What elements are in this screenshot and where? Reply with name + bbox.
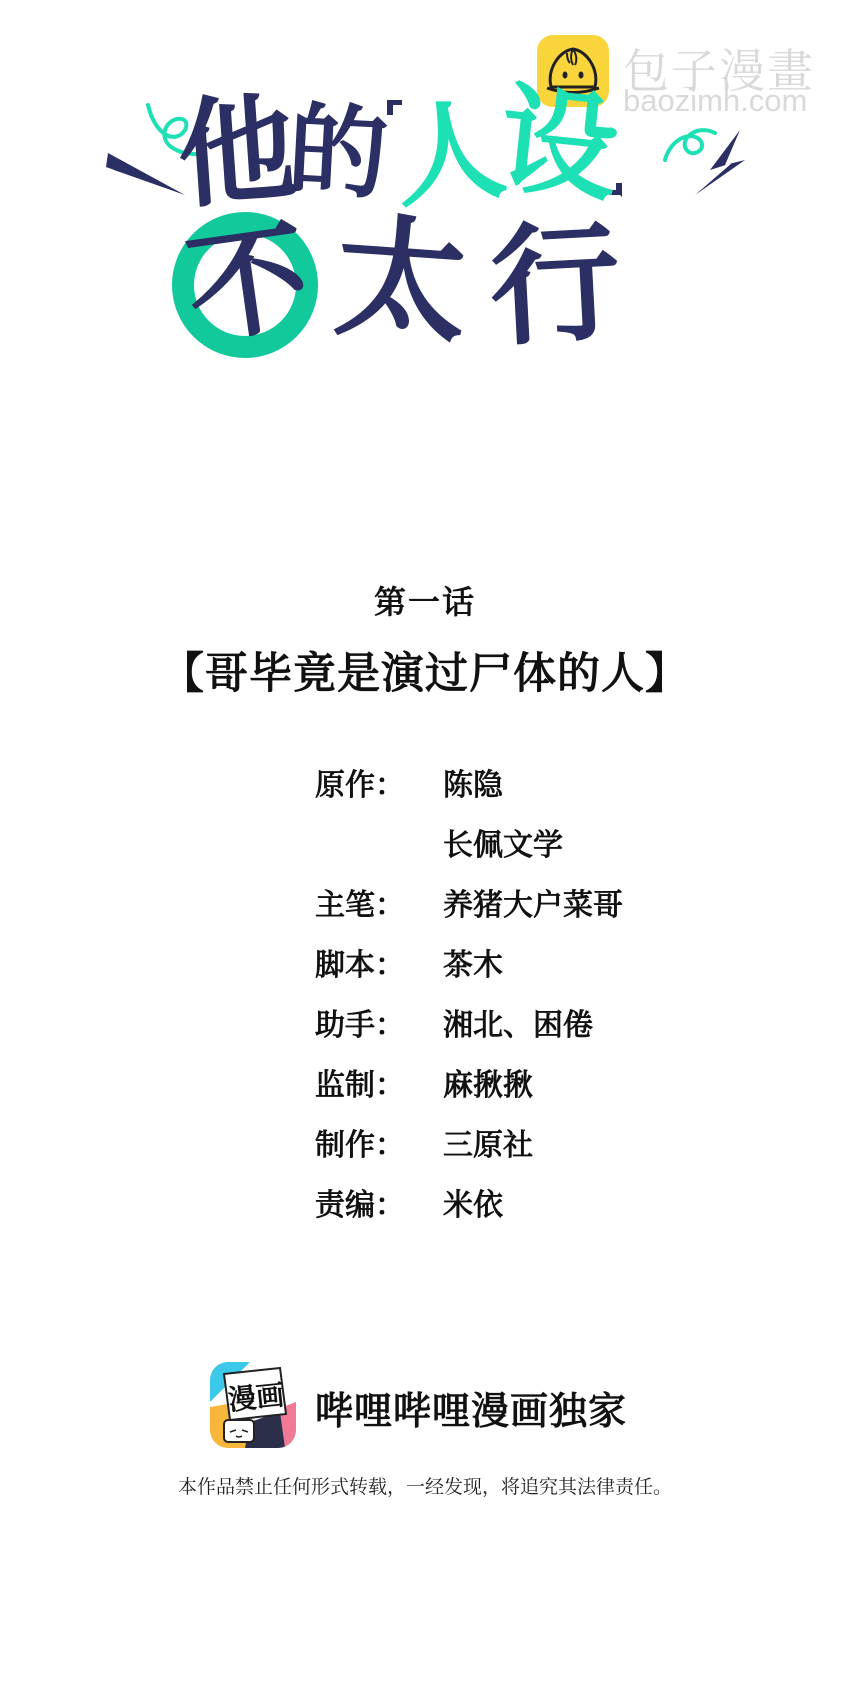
- credit-label-original: 原作：: [315, 760, 405, 804]
- credit-value-production: 三原社: [443, 1120, 533, 1164]
- bilibili-manga-app-icon: 漫画: [210, 1362, 296, 1448]
- credit-label-production: 制作：: [315, 1120, 405, 1164]
- credit-value-assistant: 湘北、困倦: [443, 1000, 593, 1044]
- title-char: 的: [285, 100, 390, 205]
- title-char: 不: [180, 217, 316, 353]
- credit-value-editor: 米依: [443, 1180, 503, 1224]
- credit-value-supervisor: 麻揪揪: [443, 1060, 533, 1104]
- comic-title-logo: 他 的 人 设 不 太 行: [100, 75, 780, 365]
- credit-value-author: 陈隐: [443, 760, 503, 804]
- title-char: 行: [487, 217, 624, 354]
- exclusive-publisher-text: 哔哩哔哩漫画独家: [315, 1380, 627, 1435]
- title-char: 人: [390, 94, 511, 215]
- credit-label-editor: 责编：: [315, 1180, 405, 1224]
- bilibili-logo-text: 漫画: [226, 1373, 286, 1419]
- title-char: 他: [174, 89, 300, 215]
- episode-title: 【哥毕竟是演过尸体的人】: [0, 640, 850, 701]
- episode-number: 第一话: [0, 577, 850, 623]
- title-char: 设: [494, 79, 624, 209]
- credit-label-script: 脚本：: [315, 940, 405, 984]
- credit-value-publisher: 长佩文学: [443, 820, 563, 864]
- copyright-disclaimer: 本作品禁止任何形式转载，一经发现，将追究其法律责任。: [0, 1472, 850, 1499]
- credit-label-assistant: 助手：: [315, 1000, 405, 1044]
- credit-label-lead-artist: 主笔：: [315, 880, 405, 924]
- credit-value-lead-artist: 养猪大户菜哥: [443, 880, 623, 924]
- credit-value-script: 茶木: [443, 940, 503, 984]
- credit-label-supervisor: 监制：: [315, 1060, 405, 1104]
- title-char: 太: [331, 211, 472, 352]
